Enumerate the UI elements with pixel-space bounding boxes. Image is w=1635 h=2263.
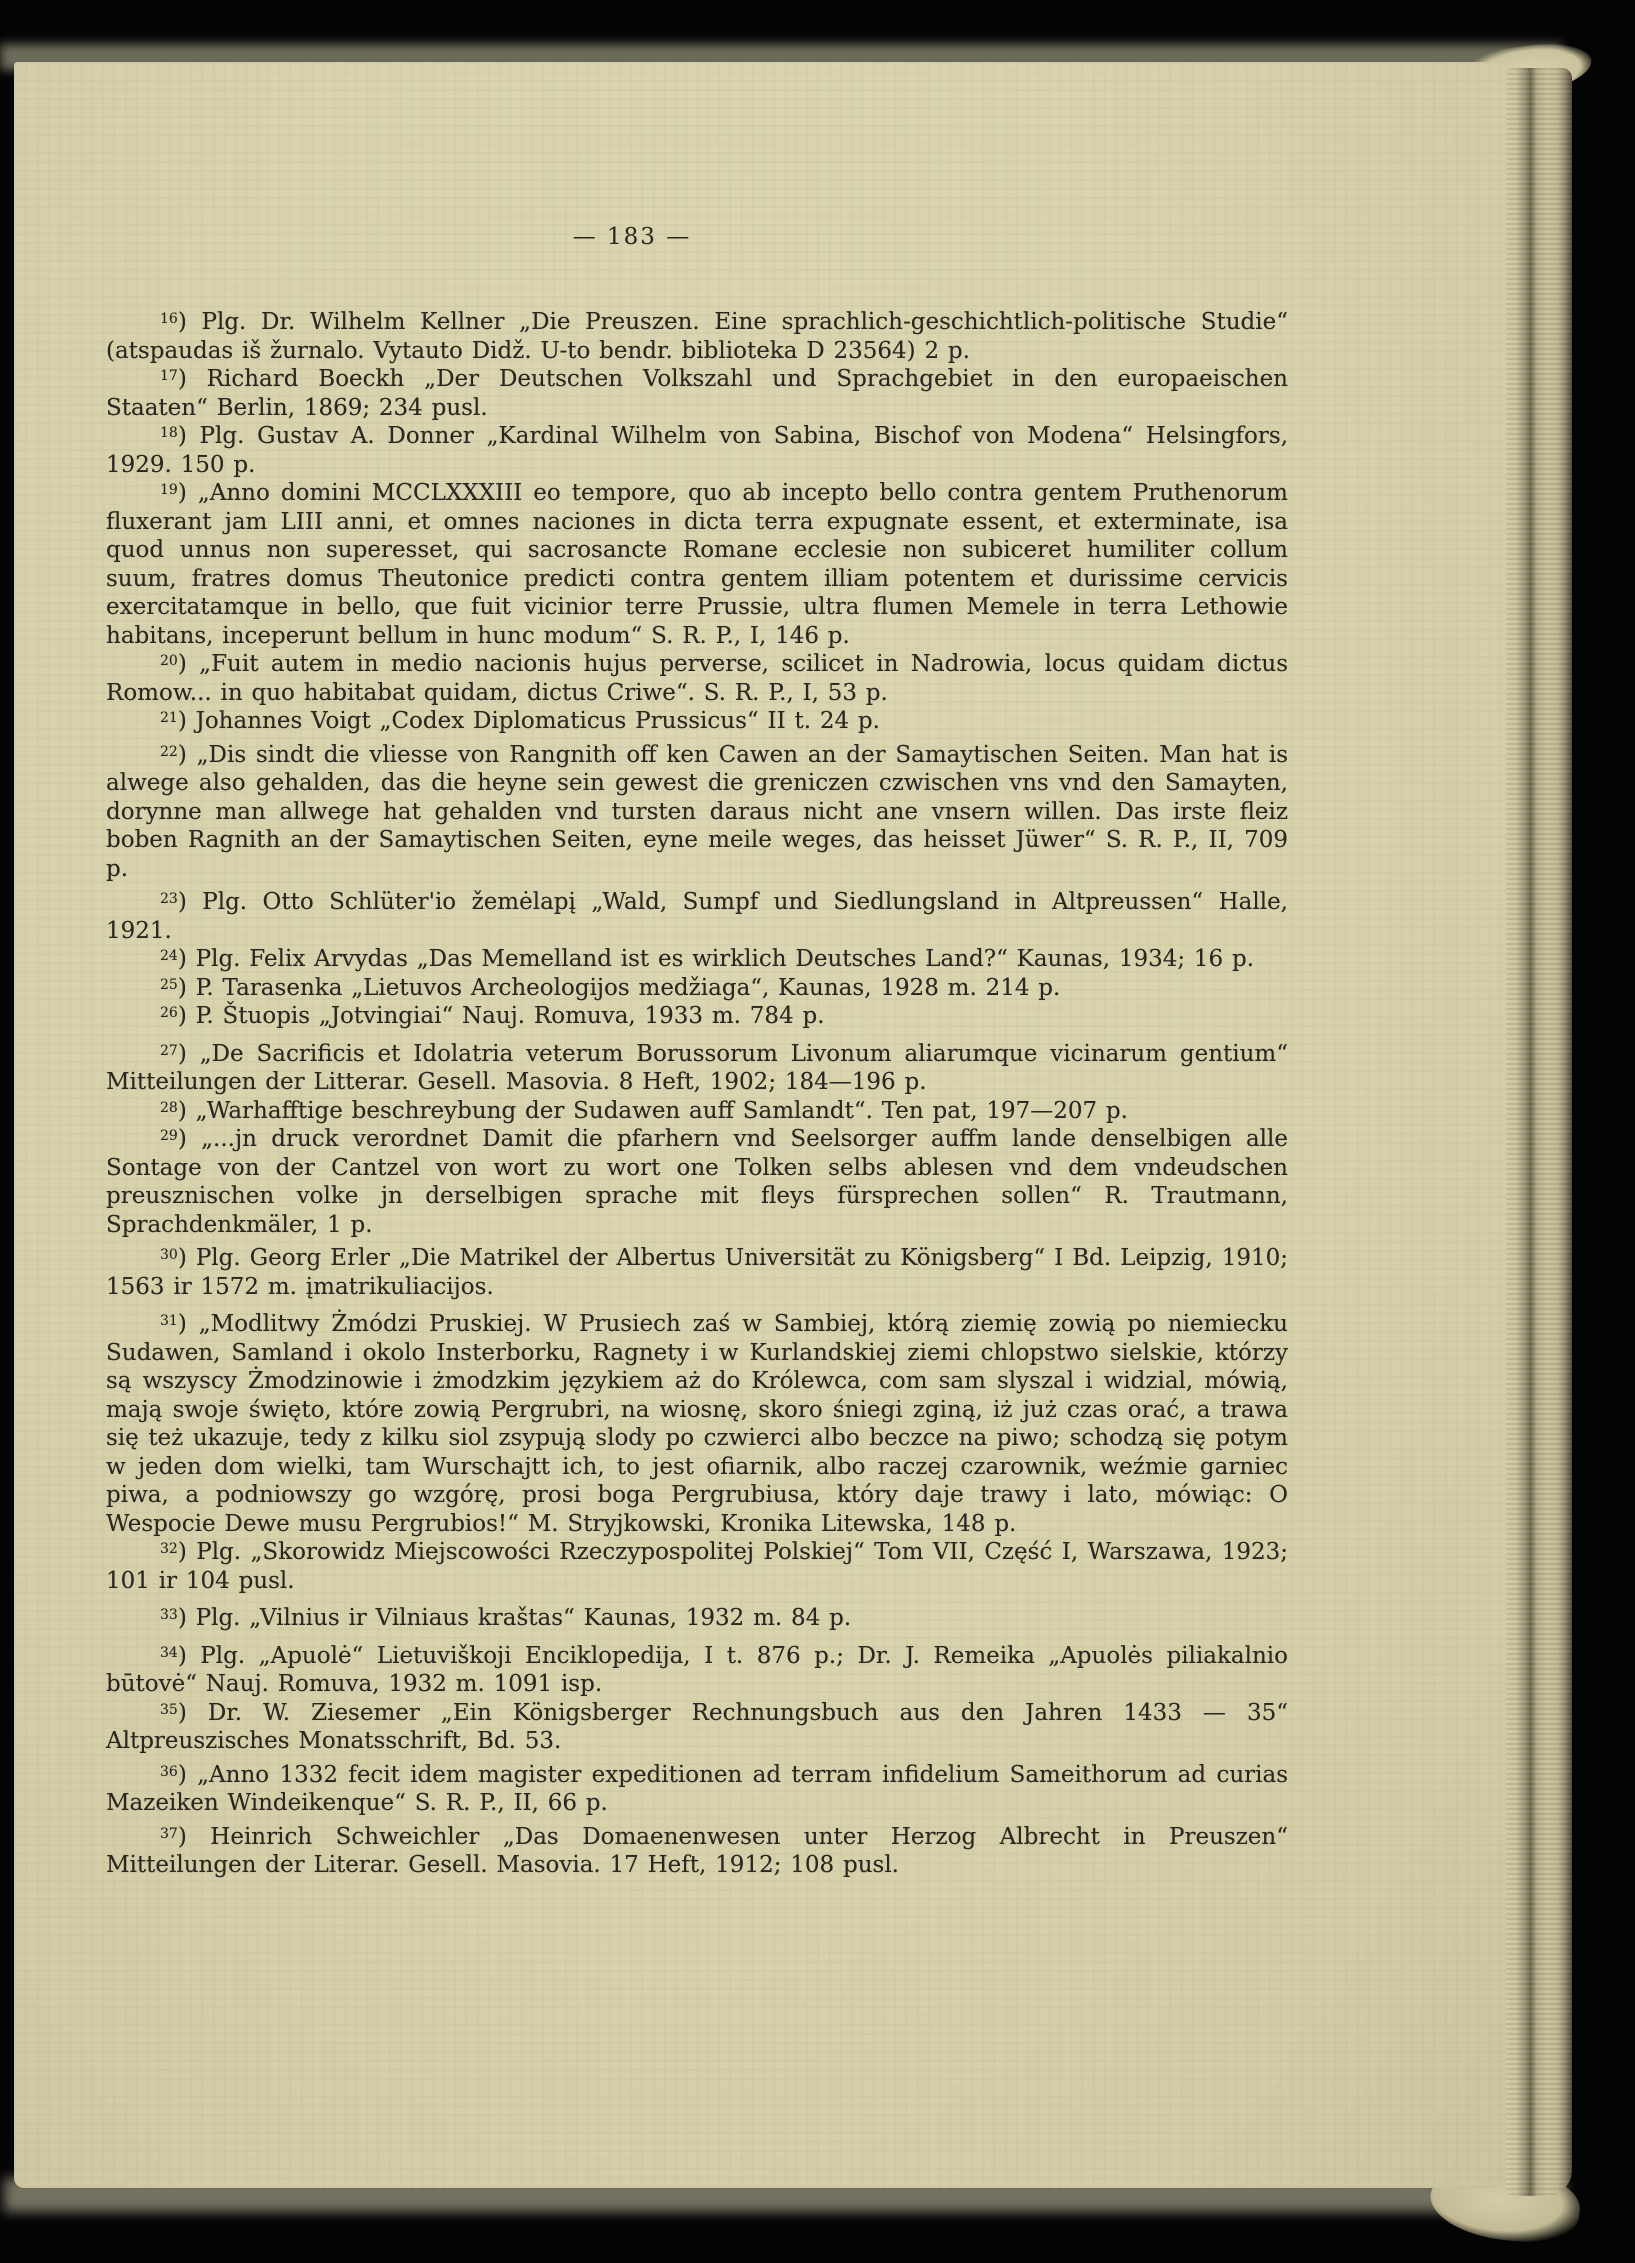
footnote-number: 28 [160,1100,178,1116]
footnote-34: 34) Plg. „Apuolė“ Lietuviškoji Enciklope… [106,1642,1288,1699]
footnote-24: 24) Plg. Felix Arvydas „Das Memelland is… [106,945,1288,974]
footnote-number: 32 [160,1541,178,1557]
footnote-25: 25) P. Tarasenka „Lietuvos Archeologijos… [106,974,1288,1003]
footnote-number: 18 [160,425,178,441]
footnote-number: 17 [160,368,178,384]
footnote-number: 27 [160,1043,178,1059]
footnote-26: 26) P. Štuopis „Jotvingiai“ Nauj. Romuva… [106,1002,1288,1031]
footnote-18: 18) Plg. Gustav A. Donner „Kardinal Wilh… [106,422,1288,479]
page-number: — 183 — [106,224,1288,250]
footnote-number: 30 [160,1247,178,1263]
footnote-36: 36) „Anno 1332 fecit idem magister exped… [106,1761,1288,1818]
footnote-number: 24 [160,948,178,964]
footnote-33: 33) Plg. „Vilnius ir Vilniaus kraštas“ K… [106,1604,1288,1633]
footnote-21: 21) Johannes Voigt „Codex Diplomaticus P… [106,707,1288,736]
footnote-number: 29 [160,1128,178,1144]
book-page: — 183 — 16) Plg. Dr. Wilhelm Kellner „Di… [14,62,1506,2188]
footnote-27: 27) „De Sacrificis et Idolatria veterum … [106,1040,1288,1097]
footnote-32: 32) Plg. „Skorowidz Miejscowości Rzeczyp… [106,1538,1288,1595]
footnote-number: 35 [160,1702,178,1718]
footnote-20: 20) „Fuit autem in medio nacionis hujus … [106,650,1288,707]
footnote-number: 36 [160,1764,178,1780]
footnote-31: 31) „Modlitwy Żmódzi Pruskiej. W Prusiec… [106,1310,1288,1538]
footnote-number: 37 [160,1826,178,1842]
book-scan: — 183 — 16) Plg. Dr. Wilhelm Kellner „Di… [0,0,1635,2263]
footnote-29: 29) „...jn druck verordnet Damit die pfa… [106,1125,1288,1239]
footnote-number: 21 [160,710,178,726]
footnote-number: 25 [160,977,178,993]
footnote-number: 33 [160,1607,178,1623]
footnote-17: 17) Richard Boeckh „Der Deutschen Volksz… [106,365,1288,422]
book-fore-edge [1506,68,1572,2196]
footnote-19: 19) „Anno domini MCCLXXXIII eo tempore, … [106,479,1288,650]
footnote-23: 23) Plg. Otto Schlüter'io žemėlapį „Wald… [106,888,1288,945]
footnote-number: 23 [160,891,178,907]
footnote-number: 31 [160,1313,178,1329]
footnote-number: 34 [160,1645,178,1661]
footnote-number: 20 [160,653,178,669]
footnote-30: 30) Plg. Georg Erler „Die Matrikel der A… [106,1244,1288,1301]
footnote-35: 35) Dr. W. Ziesemer „Ein Königsberger Re… [106,1699,1288,1756]
footnote-number: 22 [160,744,178,760]
footnote-number: 19 [160,482,178,498]
page-content: — 183 — 16) Plg. Dr. Wilhelm Kellner „Di… [106,224,1288,1880]
footnote-37: 37) Heinrich Schweichler „Das Domaenenwe… [106,1823,1288,1880]
footnote-16: 16) Plg. Dr. Wilhelm Kellner „Die Preusz… [106,308,1288,365]
footnote-number: 16 [160,311,178,327]
footnotes-section: 16) Plg. Dr. Wilhelm Kellner „Die Preusz… [106,308,1288,1880]
footnote-number: 26 [160,1005,178,1021]
footnote-28: 28) „Warhafftige beschreybung der Sudawe… [106,1097,1288,1126]
footnote-22: 22) „Dis sindt die vliesse von Rangnith … [106,741,1288,884]
